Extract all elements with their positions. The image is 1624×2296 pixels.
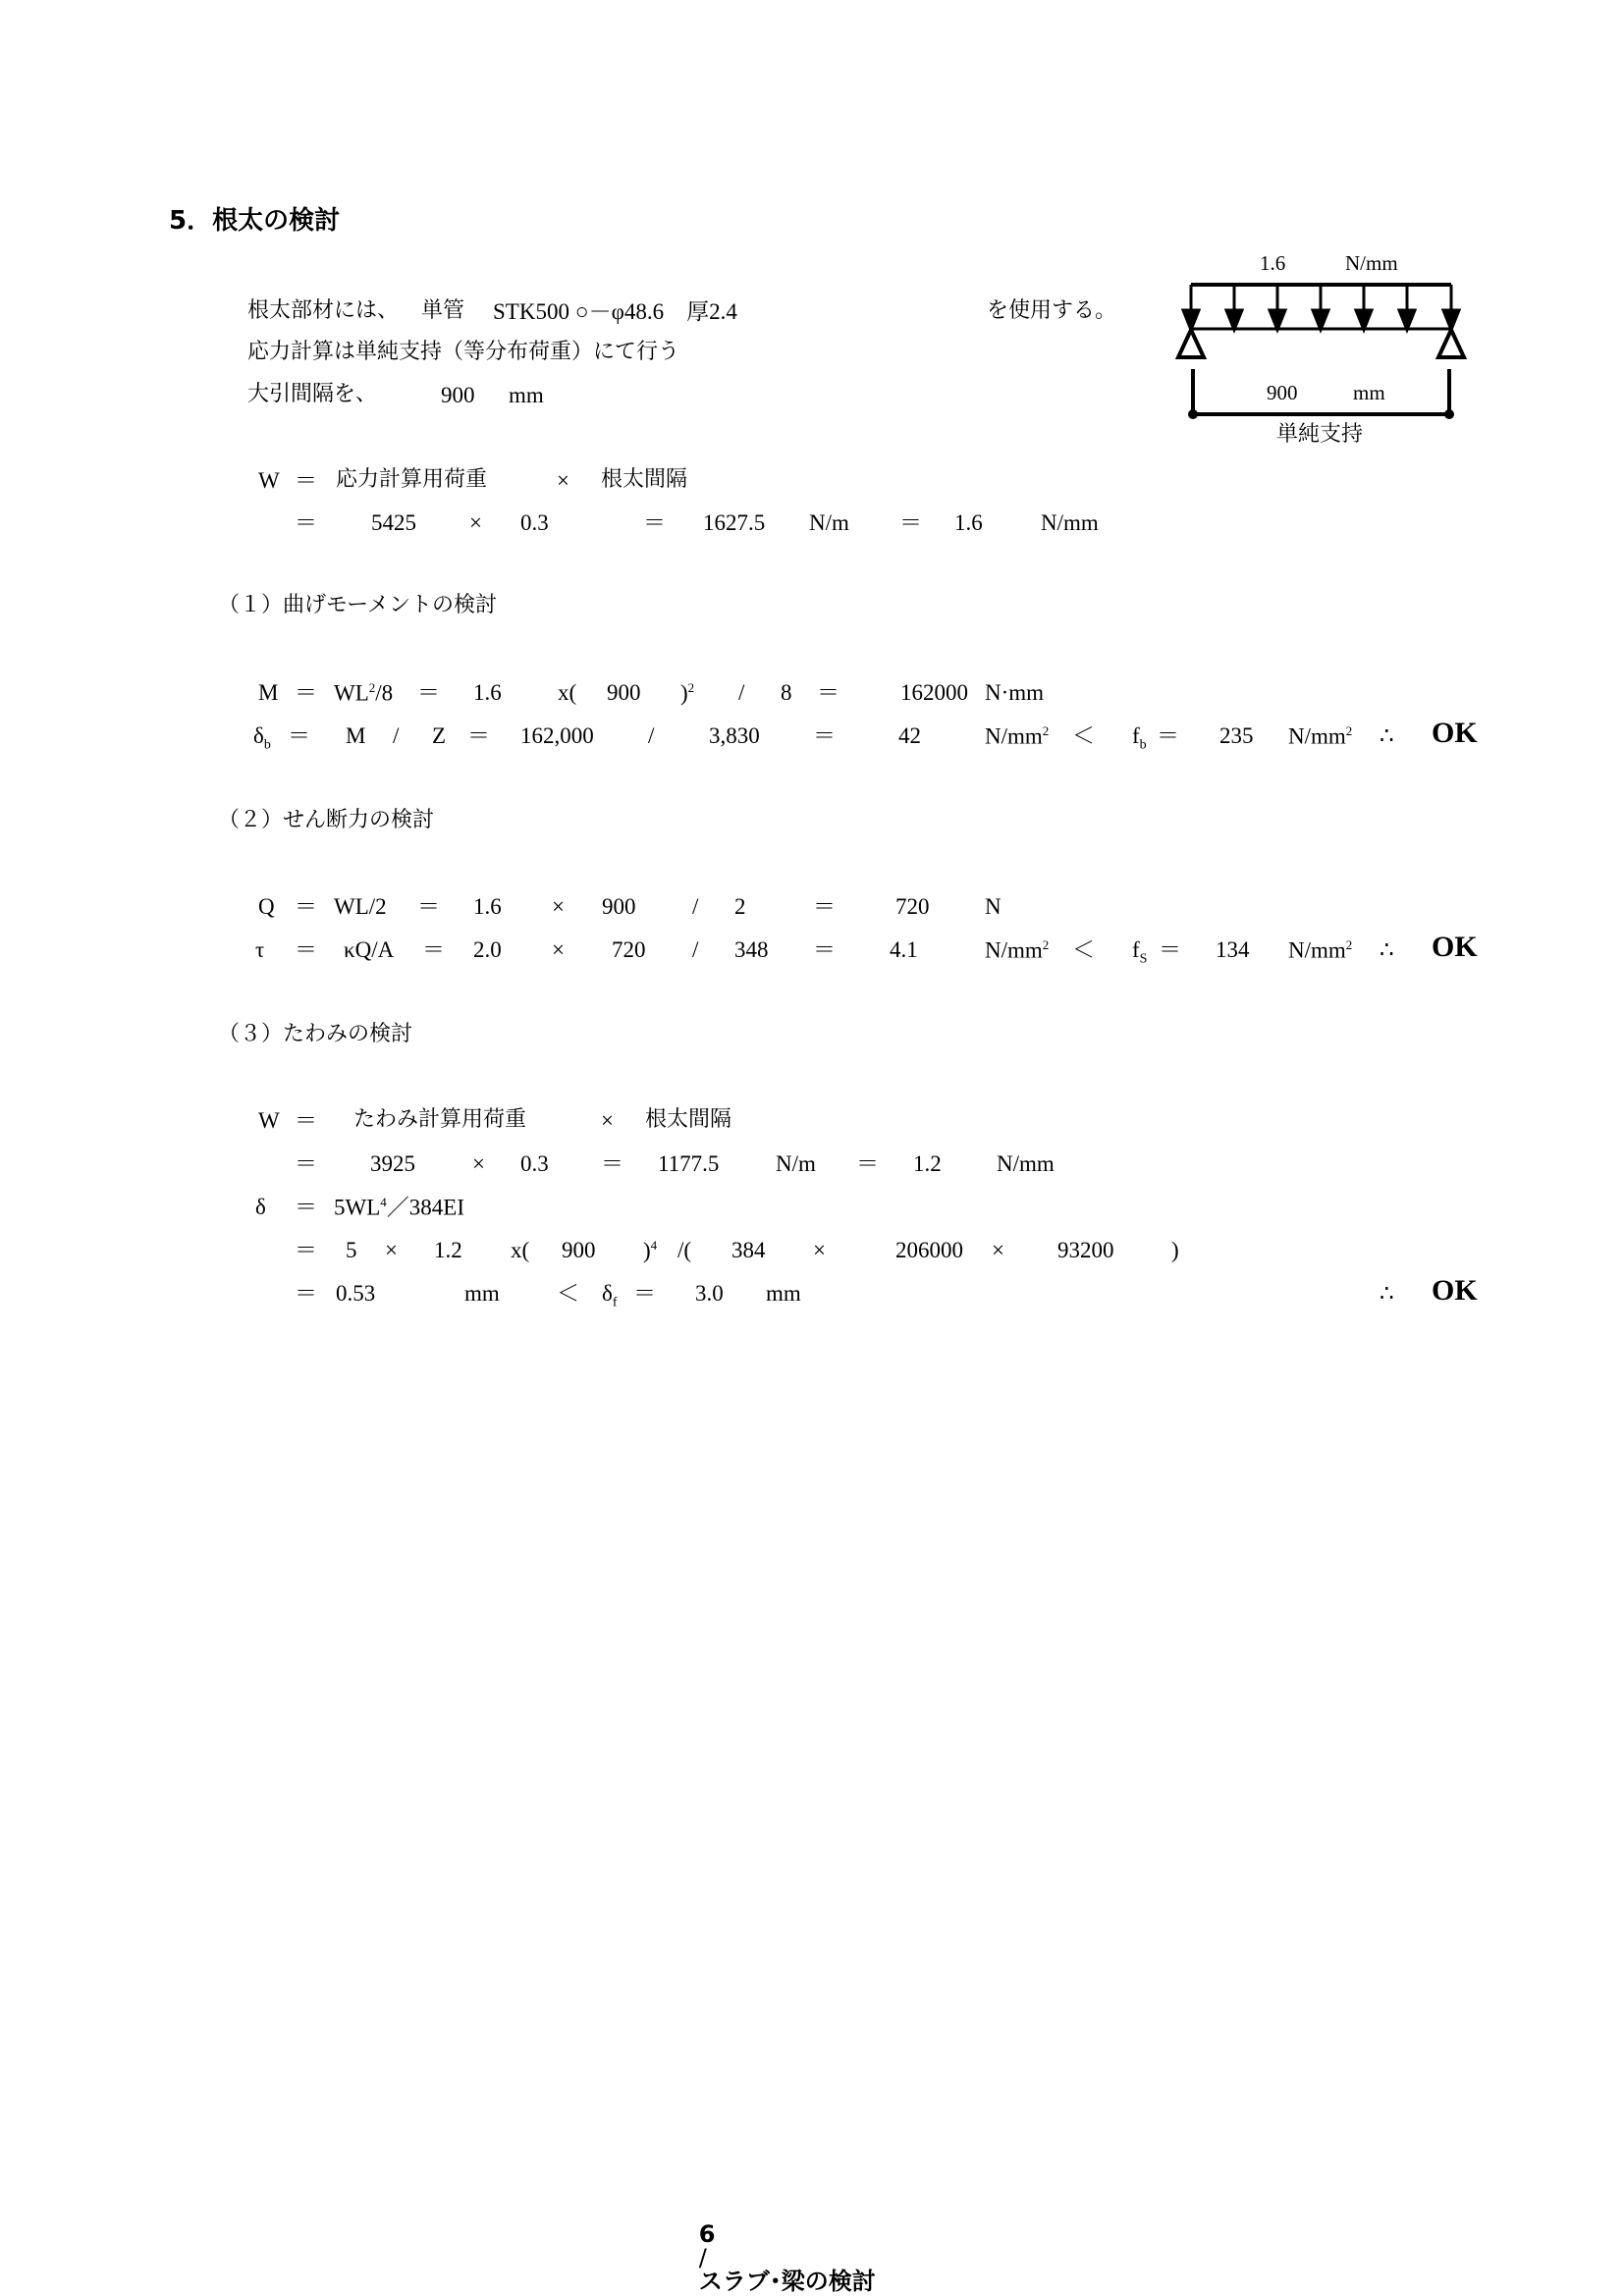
moment-value: 162,000 bbox=[520, 724, 594, 747]
unit: N/mm2 bbox=[985, 938, 1049, 962]
unit: N·mm bbox=[985, 681, 1044, 704]
equals: ＝ bbox=[467, 724, 490, 747]
kappa-value: 2.0 bbox=[473, 938, 502, 961]
section-modulus: 3,830 bbox=[709, 724, 760, 747]
paren-squared: )2 bbox=[680, 681, 694, 705]
unit: mm bbox=[766, 1282, 801, 1305]
diagram-span-unit: mm bbox=[1353, 383, 1385, 403]
equals: ＝ bbox=[422, 938, 445, 961]
intro-line1-suffix: を使用する。 bbox=[987, 300, 1116, 322]
section-heading: 5．根太の検討 bbox=[169, 208, 340, 234]
joist-spacing-label: 根太間隔 bbox=[645, 1109, 731, 1131]
formula-m: WL2/8 bbox=[334, 681, 393, 705]
shear-title: （２）せん断力の検討 bbox=[218, 810, 434, 831]
deflection-load-label: たわみ計算用荷重 bbox=[353, 1109, 526, 1131]
ok-result: OK bbox=[1432, 719, 1478, 748]
diagram-load-value: 1.6 bbox=[1260, 253, 1285, 274]
divide-paren: /( bbox=[677, 1239, 691, 1261]
w-per-m: 1177.5 bbox=[658, 1152, 719, 1175]
times: × bbox=[601, 1109, 614, 1132]
formula-delta: 5WL4／384EI bbox=[334, 1196, 464, 1219]
equals: ＝ bbox=[288, 724, 310, 747]
times: × bbox=[552, 938, 565, 961]
times: × bbox=[472, 1152, 485, 1175]
equals: ＝ bbox=[295, 511, 317, 534]
shear-value: 720 bbox=[612, 938, 646, 961]
symbol-z: Z bbox=[432, 724, 446, 747]
equals: ＝ bbox=[295, 1196, 317, 1218]
divide: / bbox=[738, 681, 744, 704]
equals: ＝ bbox=[856, 1152, 879, 1175]
ok-result: OK bbox=[1432, 1276, 1478, 1306]
times: × bbox=[557, 469, 569, 492]
equals: ＝ bbox=[295, 1239, 317, 1261]
equals: ＝ bbox=[295, 1109, 317, 1132]
unit: N/mm2 bbox=[1288, 938, 1352, 962]
unit: N/mm2 bbox=[1288, 724, 1352, 748]
divide: / bbox=[692, 895, 698, 918]
paren: x( bbox=[558, 681, 576, 704]
span-value: 900 bbox=[602, 895, 636, 918]
paren-power: )4 bbox=[643, 1239, 657, 1262]
simply-supported-beam-icon bbox=[1173, 275, 1473, 422]
equals: ＝ bbox=[633, 1282, 656, 1305]
equals: ＝ bbox=[295, 938, 317, 961]
times: × bbox=[469, 511, 482, 534]
symbol-q: Q bbox=[258, 895, 275, 918]
unit: N bbox=[985, 895, 1001, 918]
diagram-span-value: 900 bbox=[1267, 383, 1298, 403]
paren: ) bbox=[1171, 1239, 1179, 1261]
times: × bbox=[992, 1239, 1004, 1261]
span-value: 900 bbox=[562, 1239, 596, 1261]
less-than: ＜ bbox=[1072, 724, 1095, 747]
w-value: 1.6 bbox=[473, 681, 502, 704]
divisor: 2 bbox=[734, 895, 746, 918]
unit: N/m bbox=[809, 511, 849, 534]
symbol-delta-f: δf bbox=[602, 1282, 618, 1310]
shear-stress: 4.1 bbox=[890, 938, 918, 961]
w-per-mm: 1.6 bbox=[954, 511, 983, 534]
constant-384: 384 bbox=[731, 1239, 766, 1261]
unit: N/mm bbox=[1041, 511, 1099, 534]
unit: mm bbox=[464, 1282, 500, 1305]
less-than: ＜ bbox=[557, 1282, 579, 1305]
equals: ＝ bbox=[417, 681, 440, 704]
formula-tau: κQ/A bbox=[344, 938, 394, 961]
times: × bbox=[552, 895, 565, 918]
symbol-fs: fS bbox=[1132, 938, 1147, 967]
w-value: 1.2 bbox=[434, 1239, 462, 1261]
deflection-load-value: 3925 bbox=[370, 1152, 415, 1175]
intro-line2: 応力計算は単純支持（等分布荷重）にて行う bbox=[247, 342, 679, 363]
moment-value: 162000 bbox=[900, 681, 968, 704]
w-per-m: 1627.5 bbox=[703, 511, 765, 534]
bending-title: （１）曲げモーメントの検討 bbox=[218, 595, 497, 616]
therefore-icon: ∴ bbox=[1380, 938, 1394, 961]
joist-spacing-label: 根太間隔 bbox=[601, 469, 687, 491]
intro-line3-label: 大引間隔を、 bbox=[247, 384, 377, 405]
stress-load-label: 応力計算用荷重 bbox=[336, 469, 487, 491]
footer-title: スラブ･梁の検討 bbox=[699, 2268, 876, 2295]
symbol-w: W bbox=[258, 1109, 280, 1132]
therefore-icon: ∴ bbox=[1380, 724, 1394, 747]
equals: ＝ bbox=[295, 1152, 317, 1175]
intro-line1-prefix: 根太部材には、 bbox=[247, 300, 399, 322]
times: × bbox=[813, 1239, 826, 1261]
w-per-mm: 1.2 bbox=[913, 1152, 942, 1175]
symbol-w: W bbox=[258, 469, 280, 492]
symbol-m: M bbox=[258, 681, 278, 704]
divisor: 8 bbox=[781, 681, 792, 704]
divide: / bbox=[648, 724, 654, 747]
equals: ＝ bbox=[817, 681, 839, 704]
equals: ＝ bbox=[813, 724, 836, 747]
girder-spacing-value: 900 bbox=[441, 384, 475, 406]
stress-load-value: 5425 bbox=[371, 511, 416, 534]
equals: ＝ bbox=[813, 938, 836, 961]
page-footer: 6 / スラブ･梁の検討 bbox=[682, 2199, 876, 2293]
bending-stress: 42 bbox=[898, 724, 921, 747]
shear-value: 720 bbox=[895, 895, 930, 918]
diagram-load-unit: N/mm bbox=[1345, 253, 1398, 274]
symbol-delta: δ bbox=[255, 1196, 266, 1218]
allowable-bending: 235 bbox=[1219, 724, 1254, 747]
unit: N/m bbox=[776, 1152, 816, 1175]
joist-spacing-value: 0.3 bbox=[520, 511, 549, 534]
moment-of-inertia: 93200 bbox=[1057, 1239, 1114, 1261]
divide: / bbox=[393, 724, 399, 747]
symbol-delta-b: δb bbox=[253, 724, 271, 753]
allowable-shear: 134 bbox=[1216, 938, 1250, 961]
divide: / bbox=[692, 938, 698, 961]
equals: ＝ bbox=[295, 469, 317, 492]
symbol-m: M bbox=[346, 724, 365, 747]
paren: x( bbox=[511, 1239, 529, 1261]
member-spec: STK500 ○－φ48.6 厚2.4 bbox=[493, 300, 737, 323]
unit: N/mm bbox=[997, 1152, 1055, 1175]
equals: ＝ bbox=[295, 1282, 317, 1305]
symbol-tau: τ bbox=[255, 938, 264, 961]
equals: ＝ bbox=[601, 1152, 623, 1175]
equals: ＝ bbox=[295, 895, 317, 918]
elastic-modulus: 206000 bbox=[895, 1239, 963, 1261]
member-type: 単管 bbox=[421, 300, 464, 322]
equals: ＝ bbox=[643, 511, 666, 534]
w-value: 1.6 bbox=[473, 895, 502, 918]
ok-result: OK bbox=[1432, 933, 1478, 962]
equals: ＝ bbox=[899, 511, 922, 534]
equals: ＝ bbox=[417, 895, 440, 918]
equals: ＝ bbox=[1159, 938, 1181, 961]
therefore-icon: ∴ bbox=[1380, 1282, 1394, 1305]
coefficient: 5 bbox=[346, 1239, 357, 1261]
equals: ＝ bbox=[813, 895, 836, 918]
joist-spacing-value: 0.3 bbox=[520, 1152, 549, 1175]
less-than: ＜ bbox=[1072, 938, 1095, 961]
girder-spacing-unit: mm bbox=[509, 384, 544, 406]
times: × bbox=[385, 1239, 398, 1261]
deflection-title: （３）たわみの検討 bbox=[218, 1024, 412, 1045]
allowable-deflection: 3.0 bbox=[695, 1282, 724, 1305]
symbol-fb: fb bbox=[1132, 724, 1147, 753]
deflection-value: 0.53 bbox=[336, 1282, 375, 1305]
equals: ＝ bbox=[1157, 724, 1179, 747]
unit: N/mm2 bbox=[985, 724, 1049, 748]
equals: ＝ bbox=[295, 681, 317, 704]
span-value: 900 bbox=[607, 681, 641, 704]
diagram-support-label: 単純支持 bbox=[1276, 424, 1363, 446]
formula-q: WL/2 bbox=[334, 895, 387, 918]
section-area: 348 bbox=[734, 938, 769, 961]
